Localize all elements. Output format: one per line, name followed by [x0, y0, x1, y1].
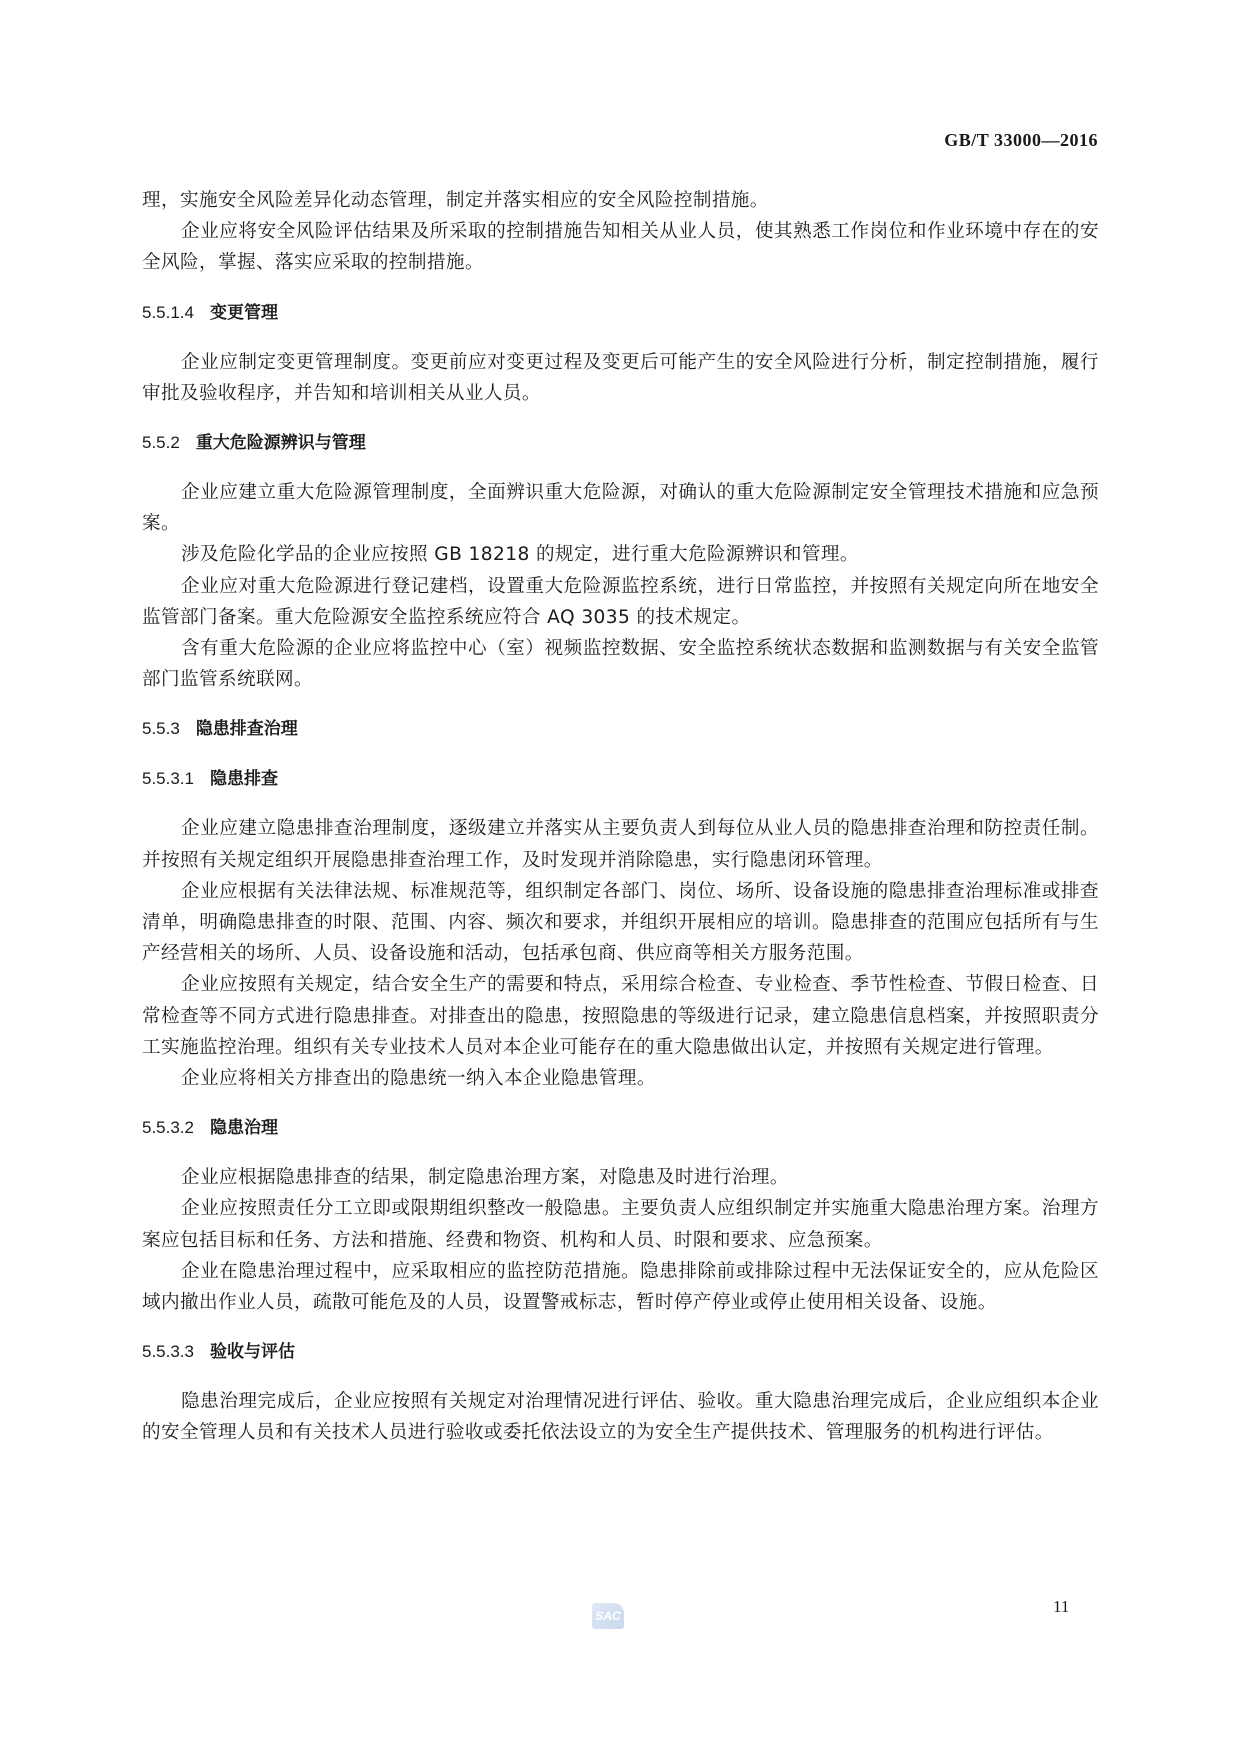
paragraph: 企业在隐患治理过程中，应采取相应的监控防范措施。隐患排除前或排除过程中无法保证安…	[142, 1256, 1099, 1318]
section-heading-5-5-3-3: 5.5.3.3验收与评估	[142, 1336, 1099, 1368]
paragraph: 企业应制定变更管理制度。变更前应对变更过程及变更后可能产生的安全风险进行分析，制…	[142, 347, 1099, 409]
paragraph: 隐患治理完成后，企业应按照有关规定对治理情况进行评估、验收。重大隐患治理完成后，…	[142, 1386, 1099, 1448]
paragraph: 企业应根据隐患排查的结果，制定隐患治理方案，对隐患及时进行治理。	[142, 1162, 1099, 1193]
paragraph: 企业应根据有关法律法规、标准规范等，组织制定各部门、岗位、场所、设备设施的隐患排…	[142, 876, 1099, 970]
section-title: 隐患治理	[210, 1118, 278, 1138]
standard-id: GB/T 33000—2016	[944, 130, 1098, 151]
section-title: 重大危险源辨识与管理	[196, 433, 366, 453]
section-number: 5.5.1.4	[142, 303, 194, 322]
paragraph: 企业应将安全风险评估结果及所采取的控制措施告知相关从业人员，使其熟悉工作岗位和作…	[142, 216, 1099, 278]
section-heading-5-5-3: 5.5.3隐患排查治理	[142, 713, 1099, 745]
section-title: 变更管理	[210, 303, 278, 323]
section-number: 5.5.3	[142, 719, 180, 738]
section-heading-5-5-3-2: 5.5.3.2隐患治理	[142, 1112, 1099, 1144]
paragraph: 企业应按照有关规定，结合安全生产的需要和特点，采用综合检查、专业检查、季节性检查…	[142, 969, 1099, 1063]
section-title: 验收与评估	[210, 1342, 295, 1362]
section-heading-5-5-1-4: 5.5.1.4变更管理	[142, 297, 1099, 329]
page-number: 11	[1053, 1597, 1069, 1617]
section-number: 5.5.3.2	[142, 1118, 194, 1137]
paragraph: 企业应按照责任分工立即或限期组织整改一般隐患。主要负责人应组织制定并实施重大隐患…	[142, 1193, 1099, 1255]
section-number: 5.5.3.1	[142, 769, 194, 788]
sac-logo-icon: SAC	[592, 1603, 624, 1629]
section-heading-5-5-3-1: 5.5.3.1隐患排查	[142, 763, 1099, 795]
paragraph: 企业应对重大危险源进行登记建档，设置重大危险源监控系统，进行日常监控，并按照有关…	[142, 571, 1099, 633]
paragraph: 涉及危险化学品的企业应按照 GB 18218 的规定，进行重大危险源辨识和管理。	[142, 539, 1099, 570]
section-title: 隐患排查治理	[196, 719, 298, 739]
paragraph: 含有重大危险源的企业应将监控中心（室）视频监控数据、安全监控系统状态数据和监测数…	[142, 633, 1099, 695]
section-heading-5-5-2: 5.5.2重大危险源辨识与管理	[142, 427, 1099, 459]
paragraph: 理，实施安全风险差异化动态管理，制定并落实相应的安全风险控制措施。	[142, 185, 1099, 216]
document-body: 理，实施安全风险差异化动态管理，制定并落实相应的安全风险控制措施。 企业应将安全…	[142, 185, 1099, 1449]
paragraph: 企业应建立重大危险源管理制度，全面辨识重大危险源，对确认的重大危险源制定安全管理…	[142, 477, 1099, 539]
section-number: 5.5.2	[142, 433, 180, 452]
paragraph: 企业应建立隐患排查治理制度，逐级建立并落实从主要负责人到每位从业人员的隐患排查治…	[142, 813, 1099, 875]
paragraph: 企业应将相关方排查出的隐患统一纳入本企业隐患管理。	[142, 1063, 1099, 1094]
section-title: 隐患排查	[210, 769, 278, 789]
section-number: 5.5.3.3	[142, 1342, 194, 1361]
